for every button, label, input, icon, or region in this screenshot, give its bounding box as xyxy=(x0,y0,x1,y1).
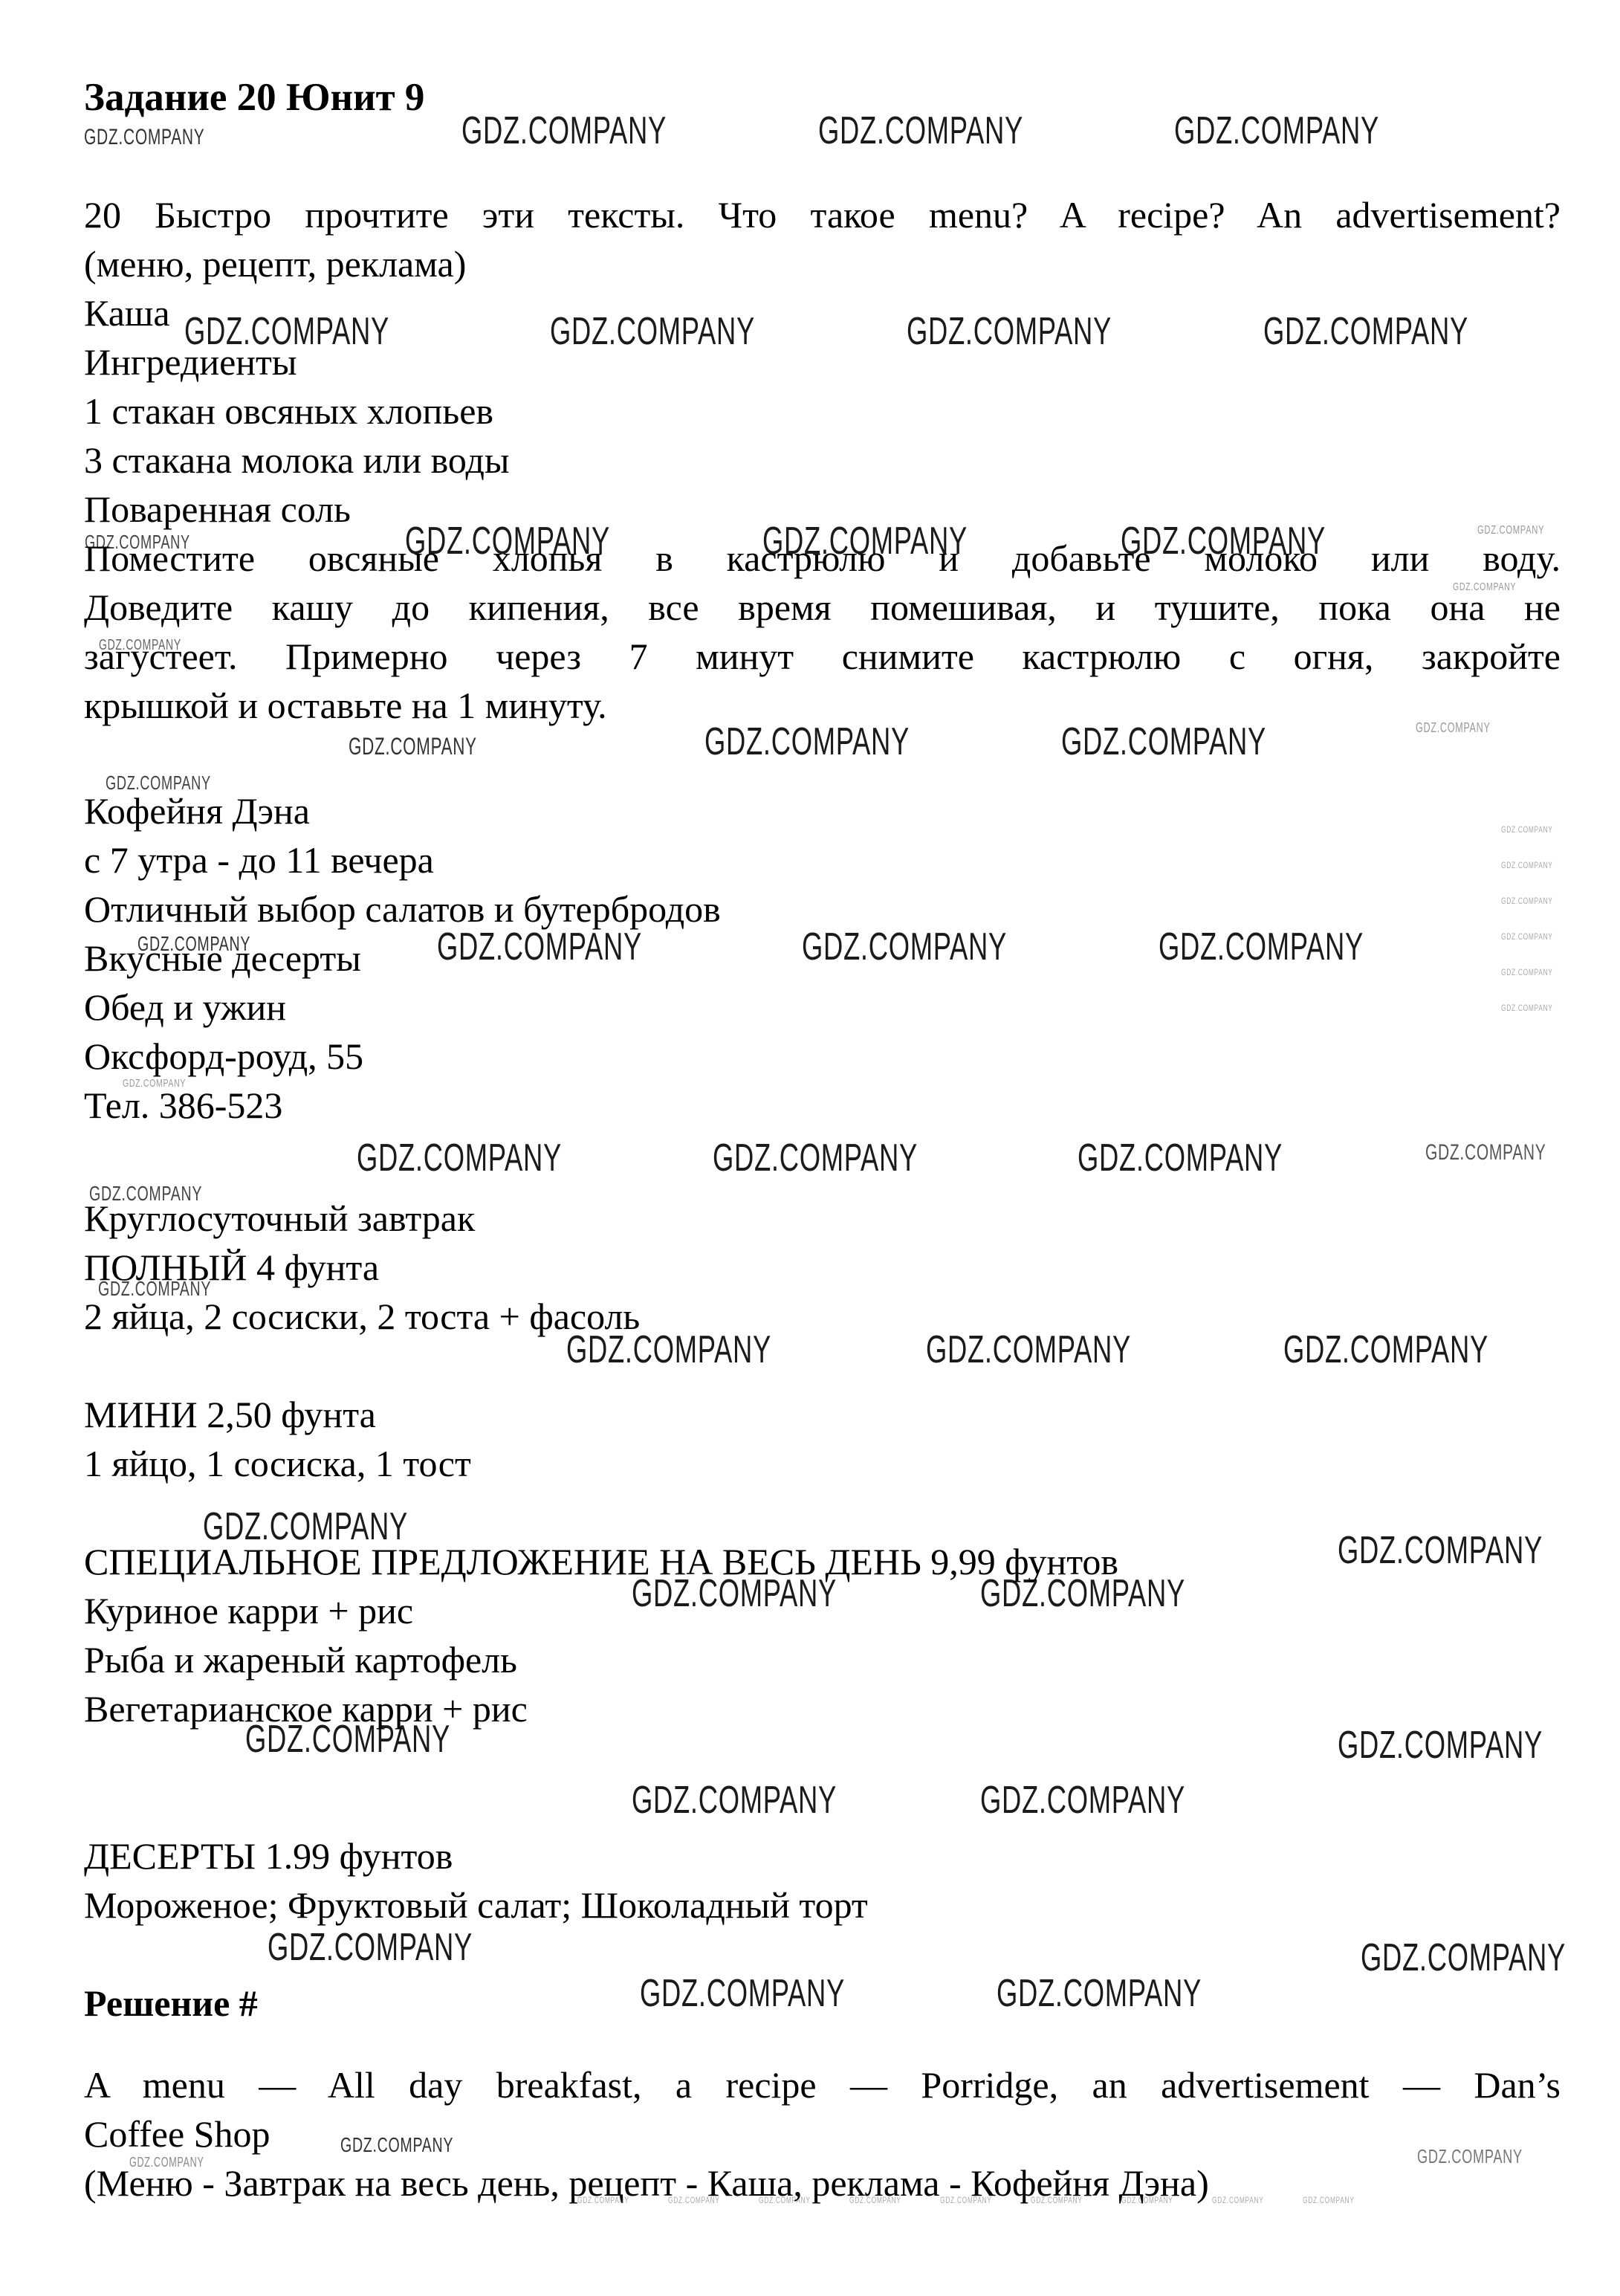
menu-mini-desc: 1 яйцо, 1 сосиска, 1 тост xyxy=(84,1439,1561,1488)
coffee-shop-address: Оксфорд-роуд, 55 xyxy=(84,1032,1561,1081)
menu-header: Круглосуточный завтрак xyxy=(84,1194,1561,1243)
document-body: Задание 20 Юнит 9 20 Быстро прочтите эти… xyxy=(84,71,1561,2208)
gdz-answer-page: GDZ.COMPANY GDZ.COMPANY GDZ.COMPANY GDZ.… xyxy=(0,0,1620,2296)
menu-breakfast-block: Круглосуточный завтрак ПОЛНЫЙ 4 фунта 2 … xyxy=(84,1194,1561,1341)
coffee-shop-hours: с 7 утра - до 11 вечера xyxy=(84,835,1561,885)
menu-special-item: Вегетарианское карри + рис xyxy=(84,1684,1561,1733)
recipe-instruction-line: крышкой и оставьте на 1 минуту. xyxy=(84,681,1561,730)
menu-desserts-header: ДЕСЕРТЫ 1.99 фунтов xyxy=(84,1831,1561,1881)
recipe-ingredient: 1 стакан овсяных хлопьев xyxy=(84,387,1561,436)
menu-full-desc: 2 яйца, 2 сосиски, 2 тоста + фасоль xyxy=(84,1292,1561,1341)
coffee-shop-line: Вкусные десерты xyxy=(84,934,1561,983)
task-question-line: 20 Быстро прочтите эти тексты. Что такое… xyxy=(84,190,1561,239)
solution-header: Решение # xyxy=(84,1979,1561,2028)
solution-answer-line: A menu — All day breakfast, a recipe — P… xyxy=(84,2060,1561,2109)
solution-answer-block: A menu — All day breakfast, a recipe — P… xyxy=(84,2060,1561,2208)
menu-desserts-items: Мороженое; Фруктовый салат; Шоколадный т… xyxy=(84,1881,1561,1930)
solution-block: Решение # xyxy=(84,1979,1561,2028)
menu-desserts-block: ДЕСЕРТЫ 1.99 фунтов Мороженое; Фруктовый… xyxy=(84,1831,1561,1930)
coffee-shop-line: Обед и ужин xyxy=(84,983,1561,1032)
recipe-title: Каша xyxy=(84,288,1561,337)
solution-answer-line: (Меню - Завтрак на весь день, рецепт - К… xyxy=(84,2158,1561,2208)
advertisement-block: Кофейня Дэна с 7 утра - до 11 вечера Отл… xyxy=(84,786,1561,1130)
page-title: Задание 20 Юнит 9 xyxy=(84,71,1561,123)
menu-mini-block: МИНИ 2,50 фунта 1 яйцо, 1 сосиска, 1 тос… xyxy=(84,1390,1561,1488)
recipe-ingredients-header: Ингредиенты xyxy=(84,337,1561,387)
menu-special-block: СПЕЦИАЛЬНОЕ ПРЕДЛОЖЕНИЕ НА ВЕСЬ ДЕНЬ 9,9… xyxy=(84,1537,1561,1733)
coffee-shop-name: Кофейня Дэна xyxy=(84,786,1561,835)
menu-special-item: Рыба и жареный картофель xyxy=(84,1635,1561,1684)
recipe-instruction-line: загустеет. Примерно через 7 минут снимит… xyxy=(84,632,1561,681)
recipe-instruction-line: Доведите кашу до кипения, все время поме… xyxy=(84,583,1561,632)
recipe-ingredient: Поваренная соль xyxy=(84,485,1561,534)
task-translation-line: (меню, рецепт, реклама) xyxy=(84,239,1561,288)
coffee-shop-line: Отличный выбор салатов и бутербродов xyxy=(84,885,1561,934)
recipe-ingredient: 3 стакана молока или воды xyxy=(84,436,1561,485)
solution-answer-line: Coffee Shop xyxy=(84,2109,1561,2158)
menu-mini-name: МИНИ 2,50 фунта xyxy=(84,1390,1561,1439)
menu-full-name: ПОЛНЫЙ 4 фунта xyxy=(84,1243,1561,1292)
menu-special-item: Куриное карри + рис xyxy=(84,1586,1561,1635)
recipe-instruction-line: Поместите овсяные хлопья в кастрюлю и до… xyxy=(84,534,1561,583)
menu-special-header: СПЕЦИАЛЬНОЕ ПРЕДЛОЖЕНИЕ НА ВЕСЬ ДЕНЬ 9,9… xyxy=(84,1537,1561,1586)
coffee-shop-phone: Тел. 386-523 xyxy=(84,1081,1561,1130)
